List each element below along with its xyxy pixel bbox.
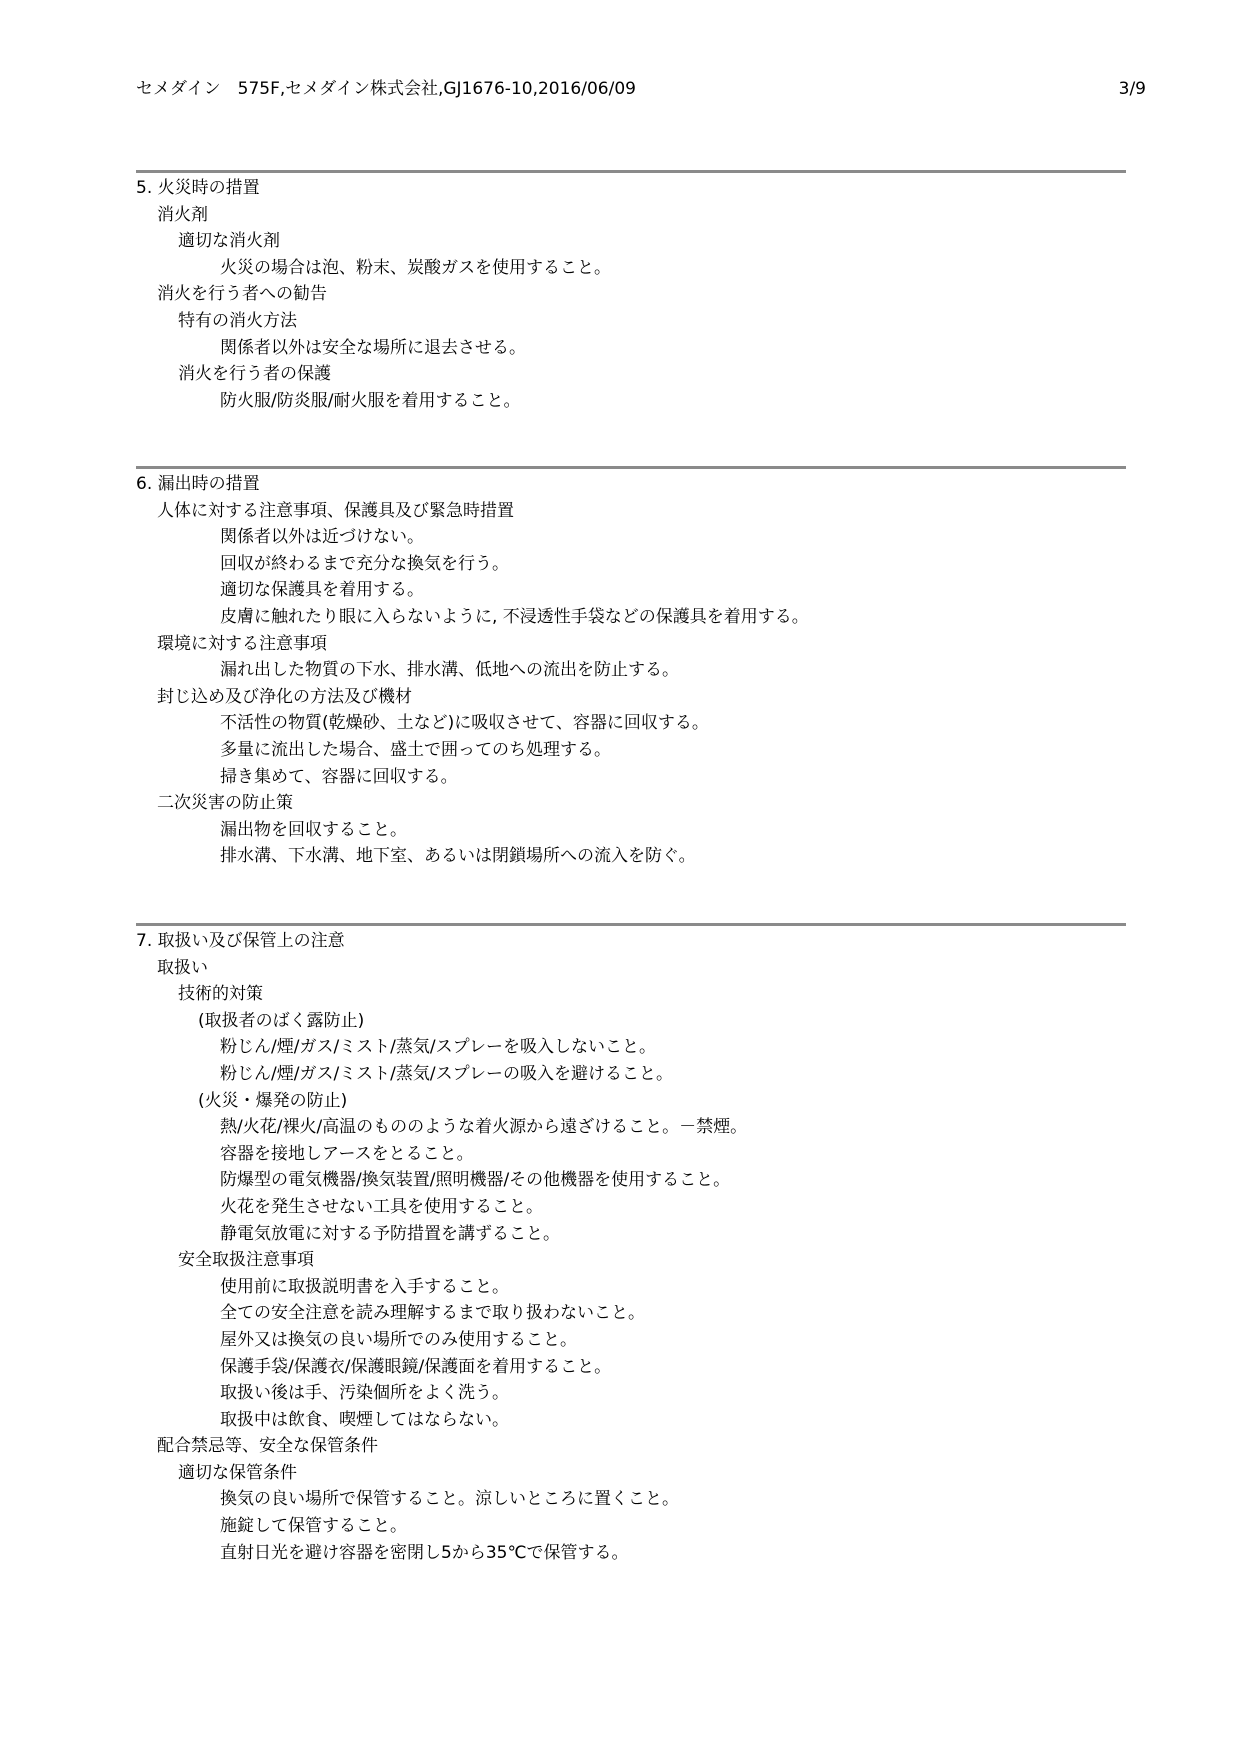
body-text-line: 多量に流出した場合、盛土で囲ってのち処理する。 <box>136 737 1126 764</box>
subheading: 適切な消火剤 <box>136 228 1126 255</box>
section-heading: 6. 漏出時の措置 <box>136 471 1126 498</box>
section-lines: 7. 取扱い及び保管上の注意取扱い技術的対策(取扱者のばく露防止)粉じん/煙/ガ… <box>136 928 1126 1566</box>
subheading: 消火を行う者の保護 <box>136 361 1126 388</box>
body-text-line: 不活性の物質(乾燥砂、土など)に吸収させて、容器に回収する。 <box>136 710 1126 737</box>
body-text-line: 皮膚に触れたり眼に入らないように, 不浸透性手袋などの保護具を着用する。 <box>136 604 1126 631</box>
body-text-line: 漏出物を回収すること。 <box>136 817 1126 844</box>
body-text-line: 容器を接地しアースをとること。 <box>136 1141 1126 1168</box>
body-text-line: 関係者以外は安全な場所に退去させる。 <box>136 335 1126 362</box>
subheading: 技術的対策 <box>136 981 1126 1008</box>
body-text-line: 取扱い後は手、汚染個所をよく洗う。 <box>136 1380 1126 1407</box>
body-text-line: 施錠して保管すること。 <box>136 1513 1126 1540</box>
subheading: 安全取扱注意事項 <box>136 1247 1126 1274</box>
body-text-line: 火花を発生させない工具を使用すること。 <box>136 1194 1126 1221</box>
section-divider <box>136 170 1126 173</box>
body-text-line: 粉じん/煙/ガス/ミスト/蒸気/スプレーの吸入を避けること。 <box>136 1061 1126 1088</box>
body-text-line: 適切な保護具を着用する。 <box>136 577 1126 604</box>
body-text-line: 回収が終わるまで充分な換気を行う。 <box>136 551 1126 578</box>
body-text-line: 直射日光を避け容器を密閉し5から35℃で保管する。 <box>136 1540 1126 1567</box>
body-text-line: 全ての安全注意を読み理解するまで取り扱わないこと。 <box>136 1300 1126 1327</box>
page-header: セメダイン 575F,セメダイン株式会社,GJ1676-10,2016/06/0… <box>136 76 1146 102</box>
subheading: 取扱い <box>136 955 1126 982</box>
subheading: (取扱者のばく露防止) <box>136 1008 1126 1035</box>
subheading: 人体に対する注意事項、保護具及び緊急時措置 <box>136 498 1126 525</box>
subheading: 消火を行う者への勧告 <box>136 281 1126 308</box>
body-text-line: 屋外又は換気の良い場所でのみ使用すること。 <box>136 1327 1126 1354</box>
section-fire-measures: 5. 火災時の措置消火剤適切な消火剤火災の場合は泡、粉末、炭酸ガスを使用すること… <box>136 170 1126 414</box>
subheading: 封じ込め及び浄化の方法及び機材 <box>136 684 1126 711</box>
body-text-line: 排水溝、下水溝、地下室、あるいは閉鎖場所への流入を防ぐ。 <box>136 843 1126 870</box>
subheading: (火災・爆発の防止) <box>136 1088 1126 1115</box>
body-text-line: 熱/火花/裸火/高温のもののような着火源から遠ざけること。－禁煙。 <box>136 1114 1126 1141</box>
page-number: 3/9 <box>1119 76 1146 102</box>
body-text-line: 換気の良い場所で保管すること。涼しいところに置くこと。 <box>136 1486 1126 1513</box>
body-text-line: 保護手袋/保護衣/保護眼鏡/保護面を着用すること。 <box>136 1354 1126 1381</box>
section-divider <box>136 466 1126 469</box>
subheading: 消火剤 <box>136 202 1126 229</box>
subheading: 二次災害の防止策 <box>136 790 1126 817</box>
section-heading: 7. 取扱い及び保管上の注意 <box>136 928 1126 955</box>
subheading: 特有の消火方法 <box>136 308 1126 335</box>
body-text-line: 漏れ出した物質の下水、排水溝、低地への流出を防止する。 <box>136 657 1126 684</box>
subheading: 環境に対する注意事項 <box>136 631 1126 658</box>
section-accidental-release: 6. 漏出時の措置人体に対する注意事項、保護具及び緊急時措置関係者以外は近づけな… <box>136 466 1126 870</box>
body-text-line: 取扱中は飲食、喫煙してはならない。 <box>136 1407 1126 1434</box>
body-text-line: 関係者以外は近づけない。 <box>136 524 1126 551</box>
document-header-title: セメダイン 575F,セメダイン株式会社,GJ1676-10,2016/06/0… <box>136 76 636 102</box>
body-text-line: 掃き集めて、容器に回収する。 <box>136 764 1126 791</box>
body-text-line: 静電気放電に対する予防措置を講ずること。 <box>136 1221 1126 1248</box>
subheading: 適切な保管条件 <box>136 1460 1126 1487</box>
section-lines: 6. 漏出時の措置人体に対する注意事項、保護具及び緊急時措置関係者以外は近づけな… <box>136 471 1126 870</box>
body-text-line: 防爆型の電気機器/換気装置/照明機器/その他機器を使用すること。 <box>136 1167 1126 1194</box>
body-text-line: 使用前に取扱説明書を入手すること。 <box>136 1274 1126 1301</box>
section-handling-storage: 7. 取扱い及び保管上の注意取扱い技術的対策(取扱者のばく露防止)粉じん/煙/ガ… <box>136 923 1126 1566</box>
body-text-line: 防火服/防炎服/耐火服を着用すること。 <box>136 388 1126 415</box>
body-text-line: 粉じん/煙/ガス/ミスト/蒸気/スプレーを吸入しないこと。 <box>136 1034 1126 1061</box>
section-heading: 5. 火災時の措置 <box>136 175 1126 202</box>
section-divider <box>136 923 1126 926</box>
body-text-line: 火災の場合は泡、粉末、炭酸ガスを使用すること。 <box>136 255 1126 282</box>
subheading: 配合禁忌等、安全な保管条件 <box>136 1433 1126 1460</box>
section-lines: 5. 火災時の措置消火剤適切な消火剤火災の場合は泡、粉末、炭酸ガスを使用すること… <box>136 175 1126 414</box>
